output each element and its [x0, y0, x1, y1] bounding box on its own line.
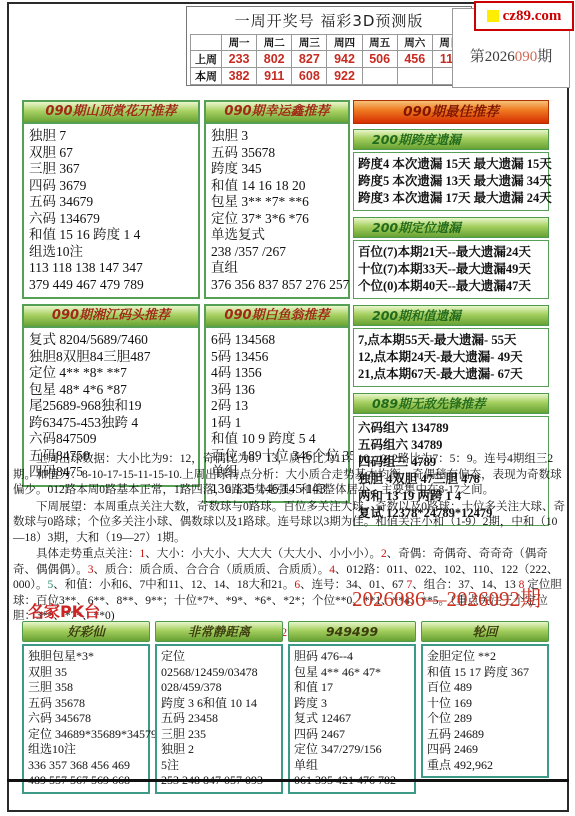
issue-num: 090: [515, 49, 538, 65]
panel-line: 跨度 3 6和值 10 14: [161, 696, 277, 712]
panel-line: 五码 24689: [427, 727, 543, 743]
panel-line: 四码 3679: [29, 178, 193, 195]
panel-line: 百位 489: [427, 680, 543, 696]
analysis-paragraph-1: 上周出球数据：大小比为9：12，奇偶比为8：13，质合比为11：10。012路比…: [13, 452, 565, 499]
panel-line: 尾25689-968独和19: [29, 398, 193, 415]
panel-line: 三胆 358: [28, 680, 144, 696]
recommend-panel: 轮回金胆定位 **2和值 15 17 跨度 367百位 489十位 169个位 …: [421, 621, 549, 778]
column-middle: 090期幸运鑫推荐独胆 3五码 35678跨度 345和值 14 16 18 2…: [204, 100, 350, 508]
panel-line: 02568/12459/03478: [161, 665, 277, 681]
panel-line: 定位 37* 3*6 *76: [211, 211, 343, 228]
best-recommend-banner: 090期最佳推荐: [353, 100, 549, 124]
panel-line: 双胆 67: [29, 145, 193, 162]
panel-title: 090期山顶赏花开推荐: [24, 102, 198, 124]
analysis-segment: 、质合：质合质、合合合（质质质、合质质）。: [94, 564, 330, 576]
section-title: 089期无敌先锋推荐: [353, 393, 549, 414]
panel-line: 十位 169: [427, 696, 543, 712]
panel-line: 组选10注: [29, 244, 193, 261]
draw-number: [397, 68, 432, 85]
panel-line: 定位: [161, 649, 277, 665]
issue-prefix: 第2026: [470, 49, 515, 65]
panel-body: 独胆 7双胆 67三胆 367四码 3679五码 34679六码 134679和…: [24, 124, 198, 297]
panel-line: 379 449 467 479 789: [29, 277, 193, 294]
panel-line: 跨度 3: [294, 696, 410, 712]
section-title: 200期和值遗漏: [353, 305, 549, 326]
panel-line: 双胆 35: [28, 665, 144, 681]
page-title: 一周开奖号 福彩3D预测版: [190, 9, 468, 34]
week-table-corner: [191, 35, 222, 51]
panel-line: 定位 34689*35689*34579: [28, 727, 144, 743]
panel-line: 三胆 367: [29, 161, 193, 178]
panel-body: 独胆包星*3*双胆 35三胆 358五码 35678六码 345678定位 34…: [22, 644, 150, 794]
panel-line: 四码 2469: [427, 742, 543, 758]
draw-number: 608: [292, 68, 327, 85]
panel-line: 包星 3** *7* **6: [211, 194, 343, 211]
panel-line: 金胆定位 **2: [427, 649, 543, 665]
panel-line: 376 356 837 857 276 257: [211, 277, 343, 294]
panel-line: 组选10注: [28, 742, 144, 758]
recommend-panel: 非常静距离定位02568/12459/03478028/459/378跨度 3 …: [155, 621, 283, 794]
panel-line: 六码 134679: [29, 211, 193, 228]
panel-line: 直组: [211, 260, 343, 277]
panel-line: 独胆 3: [211, 128, 343, 145]
panel-line: 包星 48* 4*6 *87: [29, 382, 193, 399]
week-table-col-header: 周一: [222, 35, 257, 51]
recommend-panel: 090期山顶赏花开推荐独胆 7双胆 67三胆 367四码 3679五码 3467…: [22, 100, 200, 299]
panel-line: 和值 14 16 18 20: [211, 178, 343, 195]
panel-line: 独胆 2: [161, 742, 277, 758]
draw-number: 382: [222, 68, 257, 85]
draw-number: 233: [222, 51, 257, 68]
weekly-results-box: 一周开奖号 福彩3D预测版 周一周二周三周四周五周六周日上周2338028279…: [186, 6, 472, 86]
panel-line: 独胆8双胆84三胆487: [29, 349, 193, 366]
panel-line: 五码 35678: [28, 696, 144, 712]
panel-line: 跨63475-453独跨 4: [29, 415, 193, 432]
section-title: 200期定位遗漏: [353, 217, 549, 238]
panel-title: 轮回: [421, 621, 549, 642]
recommend-panel: 好彩仙独胆包星*3*双胆 35三胆 358五码 35678六码 345678定位…: [22, 621, 150, 794]
analysis-segment: 具体走势重点关注：: [36, 548, 140, 560]
page: 一周开奖号 福彩3D预测版 周一周二周三周四周五周六周日上周2338028279…: [0, 0, 575, 816]
panel-line: 跨度 345: [211, 161, 343, 178]
panel-line: 和值 15 17 跨度 367: [427, 665, 543, 681]
section-line: 十位(7)本期33天--最大遗漏49天: [358, 261, 544, 278]
panel-line: 4码 1356: [211, 365, 343, 382]
panel-line: 定位 347/279/156: [294, 742, 410, 758]
recommend-panel: 949499胆码 476--4包星 4** 46* 47*和值 17跨度 3复式…: [288, 621, 416, 794]
panel-line: 5码 13456: [211, 349, 343, 366]
panel-line: 单选复式: [211, 227, 343, 244]
panel-line: 6码 134568: [211, 332, 343, 349]
draw-number: 506: [362, 51, 397, 68]
panel-body: 金胆定位 **2和值 15 17 跨度 367百位 489十位 169个位 28…: [421, 644, 549, 778]
bottom-divider: [7, 779, 569, 782]
week-row-label: 上周: [191, 51, 222, 68]
section-line: 21,点本期67天-最大遗漏- 67天: [358, 366, 544, 383]
site-name: cz89.com: [503, 8, 562, 25]
section-line: 跨度3 本次遗漏 17天 最大遗漏 24天: [358, 190, 544, 207]
panel-line: 和值 10 9 跨度 5 4: [211, 431, 343, 448]
site-logo[interactable]: cz89.com: [474, 1, 574, 31]
panel-line: 五码 35678: [211, 145, 343, 162]
draw-number: 942: [327, 51, 362, 68]
section-title: 200期跨度遗漏: [353, 129, 549, 150]
panel-body: 独胆 3五码 35678跨度 345和值 14 16 18 20包星 3** *…: [206, 124, 348, 297]
panel-line: 包星 4** 46* 47*: [294, 665, 410, 681]
week-table-col-header: 周四: [327, 35, 362, 51]
panel-title: 949499: [288, 621, 416, 642]
week-table-col-header: 周五: [362, 35, 397, 51]
section-line: 跨度5 本次遗漏 13天 最大遗漏 34天: [358, 173, 544, 190]
panel-line: 重点 492,962: [427, 758, 543, 774]
draw-number: 911: [257, 68, 292, 85]
section-line: 个位(0)本期40天--最大遗漏47天: [358, 278, 544, 295]
panel-line: 三胆 235: [161, 727, 277, 743]
section-body: 百位(7)本期21天--最大遗漏24天十位(7)本期33天--最大遗漏49天个位…: [353, 240, 549, 299]
draw-number: 922: [327, 68, 362, 85]
section-body: 7,点本期55天-最大遗漏- 55天12,点本期24天-最大遗漏- 49天21,…: [353, 328, 549, 387]
panel-line: 238 /357 /267: [211, 244, 343, 261]
panel-line: 和值 15 16 跨度 1 4: [29, 227, 193, 244]
panel-line: 028/459/378: [161, 680, 277, 696]
recommend-panel: 090期幸运鑫推荐独胆 3五码 35678跨度 345和值 14 16 18 2…: [204, 100, 350, 299]
section-body: 跨度4 本次遗漏 15天 最大遗漏 15天跨度5 本次遗漏 13天 最大遗漏 3…: [353, 152, 549, 211]
panel-line: 五码 34679: [29, 194, 193, 211]
week-table-row: 本周382911608922: [191, 68, 468, 85]
pk-stage-title: 名家PK台: [28, 599, 100, 622]
draw-number: 456: [397, 51, 432, 68]
panel-line: 复式 12467: [294, 711, 410, 727]
week-table-col-header: 周六: [397, 35, 432, 51]
week-table-col-header: 周二: [257, 35, 292, 51]
section-line: 六码组六 134789: [358, 420, 544, 437]
panel-line: 复式 8204/5689/7460: [29, 332, 193, 349]
panel-line: 2码 13: [211, 398, 343, 415]
panel-title: 090期湘江码头推荐: [24, 306, 198, 328]
panel-title: 090期白鱼翁推荐: [206, 306, 348, 328]
panel-title: 好彩仙: [22, 621, 150, 642]
panel-line: 个位 289: [427, 711, 543, 727]
issue-suffix: 期: [537, 49, 552, 65]
panel-line: 1码 1: [211, 415, 343, 432]
analysis-segment: 、和值：小和6、7中和11、12、14、18大和21。: [53, 579, 294, 591]
panel-line: 四码 2467: [294, 727, 410, 743]
week-row-label: 本周: [191, 68, 222, 85]
panel-line: 五码 23458: [161, 711, 277, 727]
panel-line: 六码847509: [29, 431, 193, 448]
analysis-paragraph-2: 下周展望：本周重点关注大数，奇数球与0路球。百位多关注大球、奇数以及0路球；十位…: [13, 500, 565, 547]
week-table-row: 上周233802827942506456118: [191, 51, 468, 68]
section-line: 7,点本期55天-最大遗漏- 55天: [358, 332, 544, 349]
panel-line: 336 357 368 456 469: [28, 758, 144, 774]
panel-line: 六码 345678: [28, 711, 144, 727]
panel-line: 和值 17: [294, 680, 410, 696]
panel-line: 3码 136: [211, 382, 343, 399]
section-line: 百位(7)本期21天--最大遗漏24天: [358, 244, 544, 261]
draw-number: [362, 68, 397, 85]
panel-body: 胆码 476--4包星 4** 46* 47*和值 17跨度 3复式 12467…: [288, 644, 416, 794]
analysis-segment: 、大小：小大小、大大大（大大小、小小小）。: [145, 548, 381, 560]
section-line: 跨度4 本次遗漏 15天 最大遗漏 15天: [358, 156, 544, 173]
section-line: 12,点本期24天-最大遗漏- 49天: [358, 349, 544, 366]
expert-panels-row: 好彩仙独胆包星*3*双胆 35三胆 358五码 35678六码 345678定位…: [22, 621, 554, 794]
period-range: 2026086—2026092期: [352, 583, 541, 613]
issue-number: 第2026090期: [453, 45, 569, 66]
column-left: 090期山顶赏花开推荐独胆 7双胆 67三胆 367四码 3679五码 3467…: [22, 100, 200, 492]
yellow-square-icon: [487, 10, 499, 22]
week-table-header-row: 周一周二周三周四周五周六周日: [191, 35, 468, 51]
panel-title: 090期幸运鑫推荐: [206, 102, 348, 124]
panel-line: 独胆 7: [29, 128, 193, 145]
panel-line: 定位 4** *8* **7: [29, 365, 193, 382]
panel-line: 独胆包星*3*: [28, 649, 144, 665]
week-table: 周一周二周三周四周五周六周日上周233802827942506456118本周3…: [190, 34, 468, 85]
panel-line: 113 118 138 147 347: [29, 260, 193, 277]
panel-line: 5注: [161, 758, 277, 774]
panel-line: 单组: [294, 758, 410, 774]
panel-title: 非常静距离: [155, 621, 283, 642]
panel-line: 胆码 476--4: [294, 649, 410, 665]
draw-number: 802: [257, 51, 292, 68]
draw-number: 827: [292, 51, 327, 68]
week-table-col-header: 周三: [292, 35, 327, 51]
panel-body: 定位02568/12459/03478028/459/378跨度 3 6和值 1…: [155, 644, 283, 794]
